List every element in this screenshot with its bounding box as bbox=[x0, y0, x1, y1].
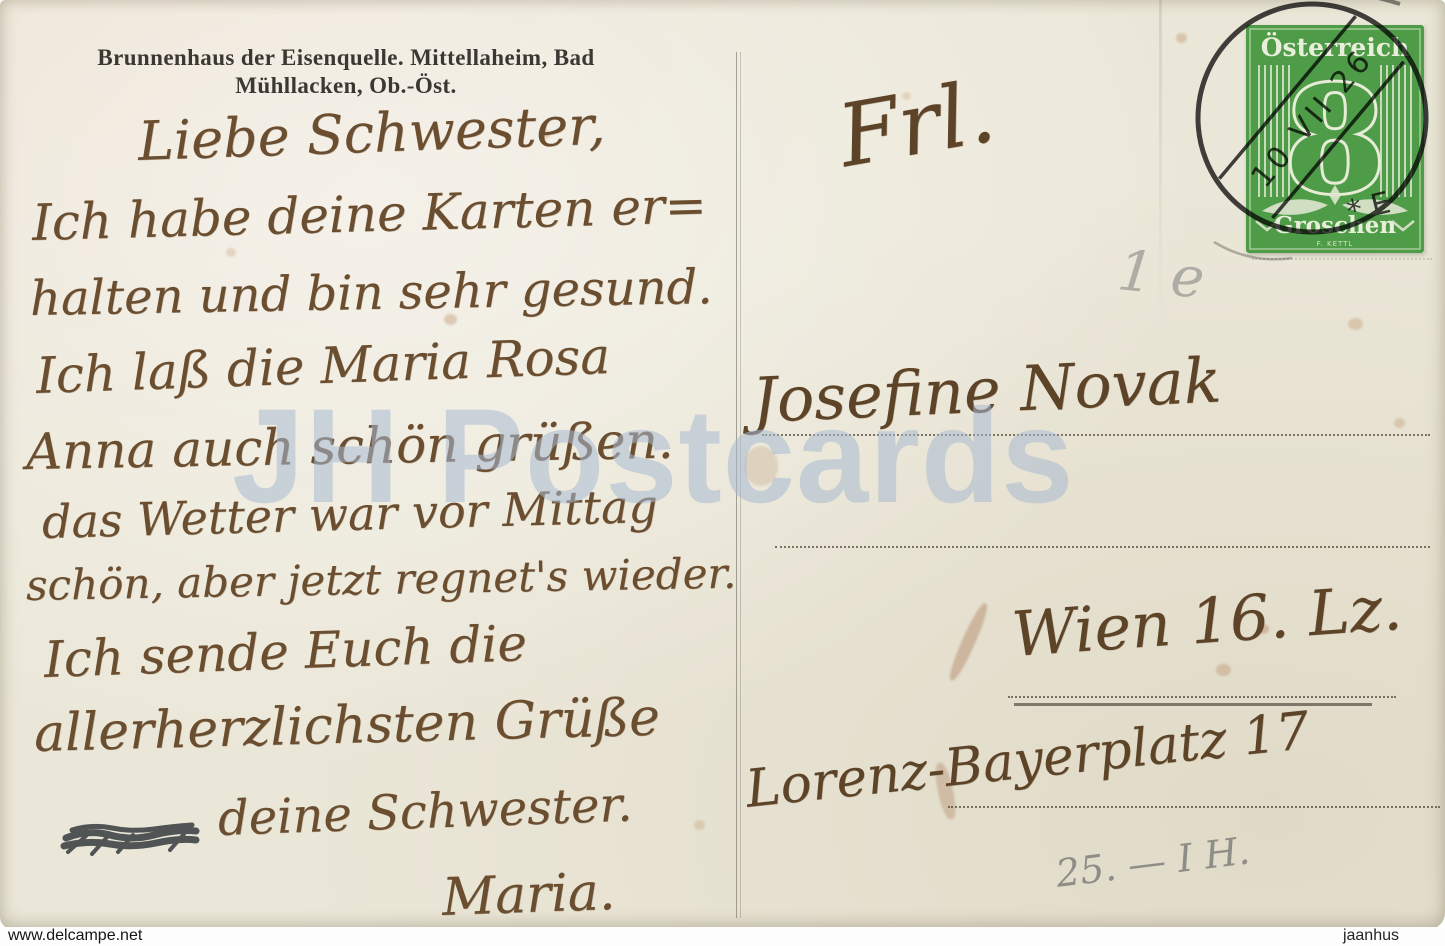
message-signature: Maria. bbox=[441, 862, 616, 928]
address-salutation: Frl. bbox=[831, 62, 1002, 188]
message-line: Ich habe deine Karten er= bbox=[31, 176, 707, 252]
caption-line-1: Brunnenhaus der Eisenquelle. Mittellahei… bbox=[40, 44, 652, 72]
address-city: Wien 16. Lz. bbox=[1009, 571, 1404, 671]
postage-stamp: Österreich 8 Groschen F. KETTL bbox=[1246, 25, 1424, 253]
scan-footer-strip: www.delcampe.net jaanhus bbox=[0, 927, 1445, 946]
address-dotted-line bbox=[948, 806, 1440, 808]
delcampe-watermark: www.delcampe.net bbox=[8, 927, 142, 945]
foxing-spot bbox=[1348, 318, 1363, 330]
message-line: allerherzlichsten Grüße bbox=[33, 688, 660, 764]
message-line: schön, aber jetzt regnet's wieder. bbox=[26, 549, 737, 610]
message-line: Ich sende Euch die bbox=[43, 614, 528, 689]
address-underline bbox=[1014, 703, 1372, 706]
printed-caption: Brunnenhaus der Eisenquelle. Mittellahei… bbox=[40, 44, 652, 100]
pencil-mark: 1 e bbox=[1115, 238, 1208, 312]
address-street: Lorenz-Bayerplatz 17 bbox=[743, 701, 1312, 820]
message-line: halten und bin sehr gesund. bbox=[30, 259, 713, 327]
postcard-paper: Brunnenhaus der Eisenquelle. Mittellahei… bbox=[0, 0, 1445, 929]
message-closing: deine Schwester. bbox=[217, 777, 633, 847]
foxing-spot bbox=[226, 248, 236, 257]
crossed-out-word bbox=[58, 808, 233, 860]
seller-watermark: jaanhus bbox=[1343, 927, 1399, 945]
postcard-scan: Brunnenhaus der Eisenquelle. Mittellahei… bbox=[0, 0, 1445, 946]
foxing-spot bbox=[694, 820, 705, 830]
address-dotted-line bbox=[775, 546, 1430, 548]
address-dotted-line bbox=[1008, 696, 1396, 698]
foxing-spot bbox=[1176, 33, 1187, 43]
foxing-spot bbox=[1216, 664, 1231, 676]
stamp-engraver-label: F. KETTL bbox=[1317, 240, 1354, 248]
dealer-pencil-note: 25. — I H. bbox=[1053, 828, 1252, 895]
ink-stain bbox=[945, 601, 991, 683]
message-line: Liebe Schwester, bbox=[137, 94, 606, 173]
stamp-currency-label: Groschen bbox=[1274, 212, 1396, 239]
stamp-perforation-shadow bbox=[1252, 258, 1432, 260]
jh-postcards-watermark: JH Postcards bbox=[232, 380, 1221, 533]
foxing-spot bbox=[1394, 418, 1405, 428]
